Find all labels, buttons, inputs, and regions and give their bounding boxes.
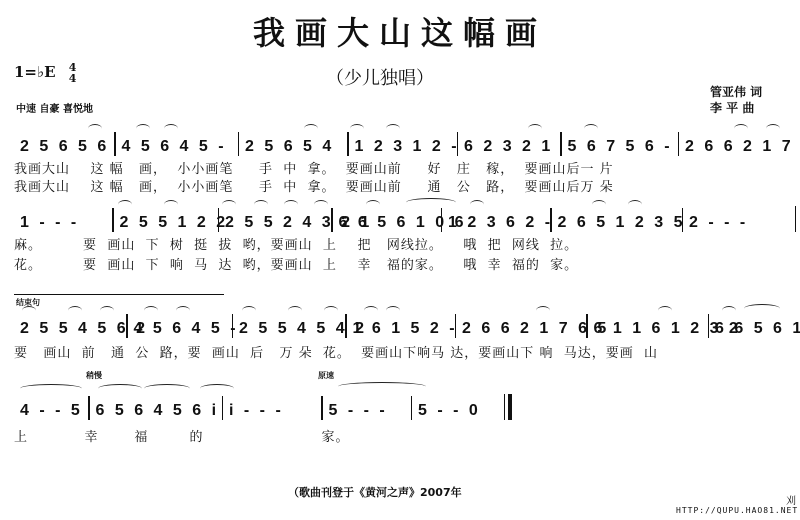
slur [406,198,456,207]
tempo-mark-slower: 稍慢 [86,370,102,381]
slur [536,306,550,315]
measure: 5 - - 0 [412,402,500,420]
lyric-verse-1: 我画大山 这 幅 画， 小小画笔 手 中 拿。 要画山前 好 庄 稼， 要画山后… [14,158,614,177]
song-subtitle: （少儿独唱） [0,64,760,90]
slur [88,124,102,133]
slur [744,304,780,313]
tie [338,382,426,391]
final-barline [504,394,512,420]
slur [722,306,736,315]
measure: 1 2 3 6 2 - [442,214,550,232]
measure: 6 5 6 4 5 6 i [90,402,222,420]
slur [364,306,378,315]
slur [288,306,302,315]
slur [284,200,298,209]
slur [242,306,256,315]
slur [176,306,190,315]
measure: i - - - [223,402,321,420]
slur [20,384,82,393]
lyric-verse-1: 麻。 要 画山 下 树 挺 拔 哟，要画山 上 把 网线拉。 哦 把 网线 拉。 [14,234,578,253]
notes-line: 4 - - 5 6 5 6 4 5 6 i i - - - 5 - - - 5 … [14,396,512,420]
time-signature-bottom: 4 [69,72,77,85]
measure: 2 - - - [683,214,791,232]
tempo-marking: 中速 自豪 喜悦地 [16,100,93,115]
tempo-mark-original: 原速 [318,370,334,381]
measure: 4 5 6 4 5 - [128,320,232,338]
measure: 2 6 5 1 2 3 5 [552,214,682,232]
slur [734,124,748,133]
repeat-end-barline [795,206,800,232]
slur [118,200,132,209]
slur [528,124,542,133]
measure: 2 5 5 4 5 6 2 [14,320,126,338]
slur [222,200,236,209]
notes-line: 1 - - - 2 5 5 1 2 2 2 5 5 2 4 3 2 1 6 6 … [14,208,800,232]
watermark-glyph: 刈 [786,492,796,507]
slur [350,124,364,133]
slur [658,306,672,315]
watermark-url: HTTP://QUPU.HAO81.NET [676,506,798,515]
measure: 4 - - 5 [14,402,88,420]
slur [68,306,82,315]
measure: 2 5 6 5 6 [14,138,114,156]
measure: 6 1 1 6 1 2 3 2 [588,320,708,338]
slur [366,200,380,209]
publication-note: （歌曲刊登于《黄河之声》2007年 [288,484,462,500]
measure: 1 6 1 5 2 - [347,320,455,338]
composer-credit: 李 平 曲 [710,100,762,116]
key-label: 1=♭E [14,63,56,81]
measure: 6 2 3 2 1 [458,138,560,156]
lyric-line: 上 幸 福 的 家。 [14,426,349,445]
slur [628,200,642,209]
measure: 4 5 6 4 5 - [116,138,238,156]
key-signature: 1=♭E 4 4 [14,62,76,84]
slur [144,306,158,315]
slur [164,200,178,209]
slur [254,200,268,209]
notes-line: 2 5 6 5 6 4 5 6 4 5 - 2 5 6 5 4 1 2 3 1 … [14,132,800,156]
slur [136,124,150,133]
lyric-verse-2: 我画大山 这 幅 画， 小小画笔 手 中 拿。 要画山前 通 公 路， 要画山后… [14,176,614,195]
slur [470,200,484,209]
lyric-verse-2: 花。 要 画山 下 响 马 达 哟，要画山 上 幸 福的家。 哦 幸 福的 家。 [14,254,578,273]
lyric-line: 要 画山 前 通 公 路，要 画山 后 万 朵 花。 要画山下响马 达，要画山下… [14,342,658,361]
slur [386,124,400,133]
slur [98,384,142,393]
measure: 2 6 6 2 1 7 6 5 [456,320,586,338]
slur [386,306,400,315]
slur [304,124,318,133]
measure: 2 5 5 2 4 3 2 1 [219,214,331,232]
measure: 5 - - - [323,402,411,420]
slur [314,200,328,209]
measure: 1 - - - [14,214,112,232]
measure: 5 6 7 5 6 - [562,138,678,156]
measure: 1 2 3 1 2 - [349,138,457,156]
slur [766,124,780,133]
slur [100,306,114,315]
measure: 2 5 5 1 2 2 [114,214,218,232]
lyricist-credit: 管亚伟 词 [710,84,762,100]
measure: 2 5 6 5 4 [239,138,347,156]
slur [164,124,178,133]
slur [584,124,598,133]
time-signature: 4 4 [69,62,77,84]
measure: 2 5 5 4 5 4 2 [233,320,345,338]
slur [324,306,338,315]
song-title: 我画大山这幅画 [0,8,800,54]
credits: 管亚伟 词 李 平 曲 [710,84,762,116]
slur [200,384,234,393]
slur [144,384,190,393]
slur [22,306,36,315]
measure: 6 6 5 6 1 2 [709,320,800,338]
slur [592,200,606,209]
measure: 6 6 5 6 1 0 6 [333,214,441,232]
notes-line: 2 5 5 4 5 6 2 4 5 6 4 5 - 2 5 5 4 5 4 2 … [14,314,800,338]
measure: 2 6 6 2 1 7 6 5 [679,138,800,156]
ending-bracket: 结束句 [14,294,224,295]
